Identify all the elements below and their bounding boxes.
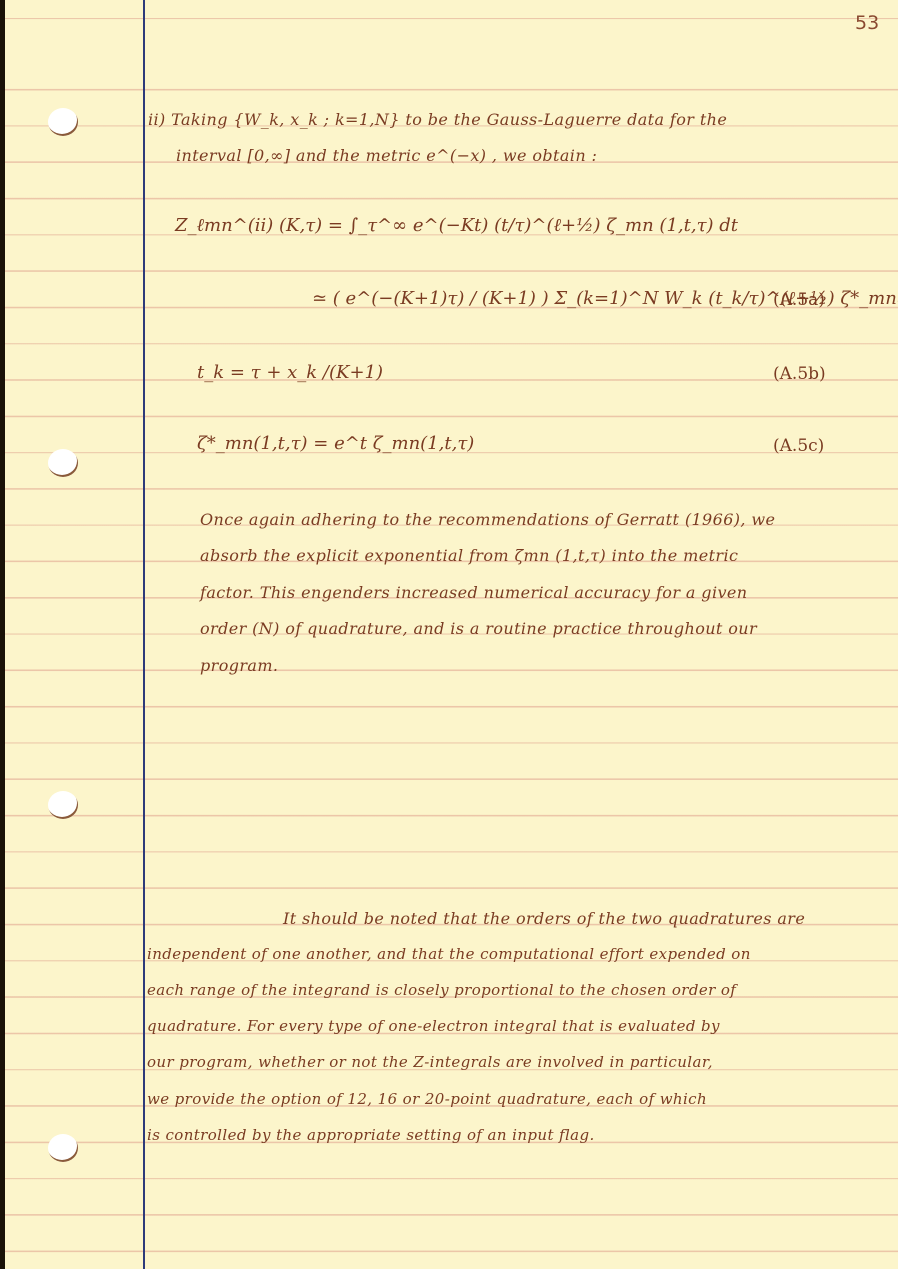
paragraph-line: our program, whether or not the Z-integr…	[147, 1053, 713, 1071]
paragraph-line: It should be noted that the orders of th…	[283, 909, 805, 928]
paragraph-line: independent of one another, and that the…	[147, 945, 751, 963]
equation-label: (A.5b)	[773, 364, 826, 384]
paragraph-line: is controlled by the appropriate setting…	[147, 1126, 595, 1144]
paragraph-line: each range of the integrand is closely p…	[147, 981, 736, 999]
equation-a5c-body: ζ*_mn(1,t,τ) = e^t ζ_mn(1,t,τ)	[197, 433, 474, 454]
punch-hole	[48, 791, 78, 819]
paragraph-line: order (N) of quadrature, and is a routin…	[200, 619, 757, 638]
equation-label: (A.5c)	[773, 436, 824, 456]
punch-hole	[48, 108, 78, 136]
paragraph-line: we provide the option of 12, 16 or 20-po…	[147, 1090, 707, 1108]
punch-hole	[48, 449, 78, 477]
intro-line: ii) Taking {W_k, x_k ; k=1,N} to be the …	[148, 110, 727, 129]
intro-line: interval [0,∞] and the metric e^(−x) , w…	[176, 146, 597, 165]
paragraph-line: Once again adhering to the recommendatio…	[200, 510, 775, 529]
page-edge-shadow	[0, 0, 5, 1269]
paragraph-line: factor. This engenders increased numeric…	[200, 583, 747, 602]
punch-hole	[48, 1134, 78, 1162]
paragraph-line: absorb the explicit exponential from ζmn…	[200, 546, 738, 565]
page-number: 53	[855, 12, 879, 34]
margin-line	[143, 0, 145, 1269]
equation-a5a-line1: Z_ℓmn^(ii) (K,τ) = ∫_τ^∞ e^(−Kt) (t/τ)^(…	[175, 215, 738, 236]
paragraph-line: quadrature. For every type of one-electr…	[147, 1017, 720, 1035]
equation-label: (A.5a)	[773, 290, 825, 310]
paragraph-line: program.	[200, 656, 278, 675]
equation-a5b-body: t_k = τ + x_k /(K+1)	[197, 362, 383, 383]
notebook-page: 53 ii) Taking {W_k, x_k ; k=1,N} to be t…	[0, 0, 898, 1269]
